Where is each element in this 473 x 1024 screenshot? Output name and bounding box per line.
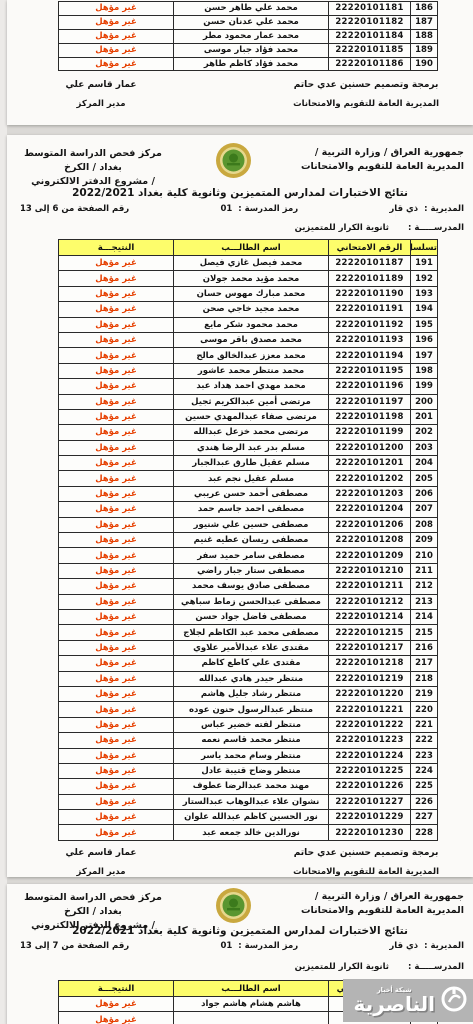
document-title: نتائج الاختبارات لمدارس المتميزين وثانوي… bbox=[7, 187, 473, 199]
table-row: 18922220101185محمد فؤاد جبار موسىغير مؤه… bbox=[59, 43, 438, 57]
exam-number-cell: 22220101192 bbox=[329, 317, 411, 332]
exam-number-cell: 22220101198 bbox=[329, 409, 411, 424]
table-row: 19222220101189محمد مؤيد محمد جولانغير مؤ… bbox=[59, 271, 438, 286]
student-name-cell: مهند محمد عبدالرضا عطوف bbox=[174, 779, 329, 794]
exam-number-cell: 22220101202 bbox=[329, 471, 411, 486]
footer-programming-credit: برمجة وتصميم حسنين عدي حاتم bbox=[293, 848, 439, 858]
table-row: 19322220101190محمد مبارك مهوس حسانغير مؤ… bbox=[59, 286, 438, 301]
footer-director-title: مدير المركز bbox=[62, 99, 140, 109]
exam-number-cell: 22220101196 bbox=[329, 379, 411, 394]
student-name-cell: محمد منتظر محمد عاشور bbox=[174, 363, 329, 378]
student-name-cell: منتظر محمد قاسم نعمه bbox=[174, 733, 329, 748]
school-code-field: رمز المدرسة : 01 bbox=[220, 204, 298, 214]
table-row: 22422220101225منتظر وضاح قتيبة عادلغير م… bbox=[59, 763, 438, 778]
results-table: تسلسلالرقم الامتحانياسم الطالـــبالنتيجـ… bbox=[58, 239, 438, 841]
student-name-cell: مصطفى احمد جاسم حمد bbox=[174, 502, 329, 517]
serial-cell: 196 bbox=[411, 332, 438, 347]
serial-cell: 212 bbox=[411, 579, 438, 594]
school-line: المدرســـــة : ثانوية الكرار للمتميزين bbox=[295, 223, 464, 233]
student-name-cell: مصطفى محمد عبد الكاظم لجلاج bbox=[174, 625, 329, 640]
serial-cell: 200 bbox=[411, 394, 438, 409]
table-row: 20322220101200مسلم بدر عبد الرضا هنديغير… bbox=[59, 440, 438, 455]
student-name-cell: محمد علي عدنان حسن bbox=[174, 15, 329, 29]
result-badge: غير مؤهل bbox=[59, 379, 174, 394]
table-row: 21822220101219منتظر حيدر هادي عبداللهغير… bbox=[59, 671, 438, 686]
table-row: 21222220101211مصطفى صادق يوسف محمدغير مؤ… bbox=[59, 579, 438, 594]
student-name-cell: محمد فؤاد جبار موسى bbox=[174, 43, 329, 57]
table-row: 22722220101229نور الحسين كاظم عبدالله عل… bbox=[59, 810, 438, 825]
column-header: اسم الطالـــب bbox=[174, 981, 329, 997]
result-badge: غير مؤهل bbox=[59, 625, 174, 640]
result-badge: غير مؤهل bbox=[59, 2, 174, 16]
exam-number-cell: 22220101199 bbox=[329, 425, 411, 440]
student-name-cell: منتظر وضاح قتيبة عادل bbox=[174, 763, 329, 778]
header-exam-center-line: مركز فحص الدراسة المتوسط بغداد / الكرخ bbox=[12, 891, 174, 919]
result-badge: غير مؤهل bbox=[59, 1012, 174, 1024]
directorate-label: المديرية : bbox=[424, 204, 464, 214]
serial-cell: 225 bbox=[411, 779, 438, 794]
exam-number-cell: 22220101208 bbox=[329, 533, 411, 548]
student-name-cell bbox=[174, 1012, 329, 1024]
student-name-cell: نور الحسين كاظم عبدالله علوان bbox=[174, 810, 329, 825]
page-number-info: رقم الصفحة من 6 إلى 13 bbox=[20, 204, 129, 214]
header-exam-center-line: مركز فحص الدراسة المتوسط بغداد / الكرخ bbox=[12, 147, 174, 175]
result-badge: غير مؤهل bbox=[59, 43, 174, 57]
student-name-cell: مصطفى عبدالحسن زماط سباهي bbox=[174, 594, 329, 609]
student-name-cell: محمد مؤيد محمد جولان bbox=[174, 271, 329, 286]
student-name-cell: مقتدى علاء عبدالأمير علاوي bbox=[174, 640, 329, 655]
result-badge: غير مؤهل bbox=[59, 317, 174, 332]
serial-cell: 190 bbox=[411, 57, 438, 71]
results-table: 18622220101181محمد علي طاهر حسنغير مؤهل1… bbox=[58, 1, 438, 71]
result-badge: غير مؤهل bbox=[59, 29, 174, 43]
result-badge: غير مؤهل bbox=[59, 609, 174, 624]
serial-cell: 189 bbox=[411, 43, 438, 57]
student-name-cell: منتظر رشاد جليل هاشم bbox=[174, 686, 329, 701]
table-row: 22822220101230نورالدين خالد جمعه عبدغير … bbox=[59, 825, 438, 840]
serial-cell: 197 bbox=[411, 348, 438, 363]
student-name-cell: مصطفى ريسان عطيه غنيم bbox=[174, 533, 329, 548]
exam-number-cell: 22220101226 bbox=[329, 779, 411, 794]
footer-directorate: المديرية العامة للتقويم والامتحانات bbox=[293, 867, 439, 877]
serial-cell: 192 bbox=[411, 271, 438, 286]
result-badge: غير مؤهل bbox=[59, 594, 174, 609]
result-badge: غير مؤهل bbox=[59, 763, 174, 778]
student-name-cell: محمد فؤاد كاظم طاهر bbox=[174, 57, 329, 71]
serial-cell: 227 bbox=[411, 810, 438, 825]
header-ministry-block: جمهورية العراق / وزارة التربية / المديري… bbox=[301, 146, 464, 174]
table-row: 21322220101212مصطفى عبدالحسن زماط سباهيغ… bbox=[59, 594, 438, 609]
table-row: 19822220101195محمد منتظر محمد عاشورغير م… bbox=[59, 363, 438, 378]
footer-directorate: المديرية العامة للتقويم والامتحانات bbox=[293, 99, 439, 109]
student-name-cell: مسلم بدر عبد الرضا هندي bbox=[174, 440, 329, 455]
exam-number-cell: 22220101223 bbox=[329, 733, 411, 748]
result-badge: غير مؤهل bbox=[59, 471, 174, 486]
result-badge: غير مؤهل bbox=[59, 486, 174, 501]
document-viewer: 18622220101181محمد علي طاهر حسنغير مؤهل1… bbox=[0, 0, 473, 1024]
table-row: 20622220101203مصطفى أحمد حسن عريبيغير مؤ… bbox=[59, 486, 438, 501]
exam-number-cell: 22220101189 bbox=[329, 271, 411, 286]
table-row: 20722220101204مصطفى احمد جاسم حمدغير مؤه… bbox=[59, 502, 438, 517]
serial-cell: 213 bbox=[411, 594, 438, 609]
exam-number-cell: 22220101181 bbox=[329, 2, 411, 16]
exam-number-cell: 22220101225 bbox=[329, 763, 411, 778]
footer-director-name: عمار قاسم علي bbox=[62, 80, 140, 90]
result-badge: غير مؤهل bbox=[59, 302, 174, 317]
table-row: 19922220101196محمد مهدي احمد هداد عبدغير… bbox=[59, 379, 438, 394]
header-republic-line: جمهورية العراق / وزارة التربية / bbox=[301, 890, 464, 904]
watermark-text: شبكة أخبار الناصرية bbox=[354, 987, 435, 1014]
student-name-cell: مصطفى صادق يوسف محمد bbox=[174, 579, 329, 594]
student-name-cell: مسلم عقيل طارق عبدالجبار bbox=[174, 456, 329, 471]
result-badge: غير مؤهل bbox=[59, 517, 174, 532]
exam-number-cell: 22220101215 bbox=[329, 625, 411, 640]
result-badge: غير مؤهل bbox=[59, 256, 174, 271]
results-page-previous: 18622220101181محمد علي طاهر حسنغير مؤهل1… bbox=[7, 0, 473, 125]
school-label: المدرســـــة : bbox=[408, 223, 464, 233]
result-badge: غير مؤهل bbox=[59, 348, 174, 363]
table-row: 19122220101187محمد فيصل غازي فيصلغير مؤه… bbox=[59, 256, 438, 271]
student-name-cell: محمد مصدق باقر موسى bbox=[174, 332, 329, 347]
nasiriyah-logo-icon bbox=[439, 984, 469, 1018]
result-badge: غير مؤهل bbox=[59, 748, 174, 763]
student-name-cell: مصطفى ستار جبار راضي bbox=[174, 563, 329, 578]
student-name-cell: محمد علي طاهر حسن bbox=[174, 2, 329, 16]
table-row: 20222220101199مرتضى محمد خزعل عبداللهغير… bbox=[59, 425, 438, 440]
serial-cell: 209 bbox=[411, 533, 438, 548]
result-badge: غير مؤهل bbox=[59, 425, 174, 440]
serial-cell: 198 bbox=[411, 363, 438, 378]
table-row: 19022220101186محمد فؤاد كاظم طاهرغير مؤه… bbox=[59, 57, 438, 71]
serial-cell: 208 bbox=[411, 517, 438, 532]
table-row: 22122220101222منتظر لفته خضير عباسغير مؤ… bbox=[59, 717, 438, 732]
result-badge: غير مؤهل bbox=[59, 779, 174, 794]
footer-credits: برمجة وتصميم حسنين عدي حاتم المديرية الع… bbox=[293, 80, 439, 109]
serial-cell: 195 bbox=[411, 317, 438, 332]
student-name-cell: محمد عمار محمود مطر bbox=[174, 29, 329, 43]
result-badge: غير مؤهل bbox=[59, 548, 174, 563]
serial-cell: 221 bbox=[411, 717, 438, 732]
table-row: 18722220101182محمد علي عدنان حسنغير مؤهل bbox=[59, 15, 438, 29]
exam-number-cell: 22220101230 bbox=[329, 825, 411, 840]
result-badge: غير مؤهل bbox=[59, 57, 174, 71]
result-badge: غير مؤهل bbox=[59, 733, 174, 748]
ministry-emblem-icon bbox=[215, 887, 252, 928]
table-row: 21622220101217مقتدى علاء عبدالأمير علاوي… bbox=[59, 640, 438, 655]
exam-number-cell: 22220101194 bbox=[329, 348, 411, 363]
exam-number-cell: 22220101193 bbox=[329, 332, 411, 347]
result-badge: غير مؤهل bbox=[59, 332, 174, 347]
footer-credits: برمجة وتصميم حسنين عدي حاتم المديرية الع… bbox=[293, 848, 439, 877]
meta-line: المديرية : ذي قار رمز المدرسة : 01 رقم ا… bbox=[20, 941, 464, 951]
school-code-label: رمز المدرسة : bbox=[238, 204, 298, 214]
result-badge: غير مؤهل bbox=[59, 579, 174, 594]
column-header: اسم الطالـــب bbox=[174, 240, 329, 256]
school-code-label: رمز المدرسة : bbox=[238, 941, 298, 951]
exam-number-cell: 22220101190 bbox=[329, 286, 411, 301]
serial-cell: 188 bbox=[411, 29, 438, 43]
serial-cell: 202 bbox=[411, 425, 438, 440]
serial-cell: 220 bbox=[411, 702, 438, 717]
table-row: 19522220101192محمد محمود شكر مايعغير مؤه… bbox=[59, 317, 438, 332]
table-row: 19622220101193محمد مصدق باقر موسىغير مؤه… bbox=[59, 332, 438, 347]
serial-cell: 207 bbox=[411, 502, 438, 517]
student-name-cell: مرتضى محمد خزعل عبدالله bbox=[174, 425, 329, 440]
table-row: 20922220101208مصطفى ريسان عطيه غنيمغير م… bbox=[59, 533, 438, 548]
student-name-cell: نورالدين خالد جمعه عبد bbox=[174, 825, 329, 840]
exam-number-cell: 22220101212 bbox=[329, 594, 411, 609]
serial-cell: 228 bbox=[411, 825, 438, 840]
exam-number-cell: 22220101224 bbox=[329, 748, 411, 763]
serial-cell: 205 bbox=[411, 471, 438, 486]
header-ministry-block: جمهورية العراق / وزارة التربية / المديري… bbox=[301, 890, 464, 918]
table-row: 22322220101224منتظر وسام محمد ياسرغير مؤ… bbox=[59, 748, 438, 763]
directorate-field: المديرية : ذي قار bbox=[389, 204, 464, 214]
student-name-cell: مسلم عقيل نجم عبد bbox=[174, 471, 329, 486]
serial-cell: 216 bbox=[411, 640, 438, 655]
student-name-cell: محمد مجيد خاجي صحن bbox=[174, 302, 329, 317]
serial-cell: 193 bbox=[411, 286, 438, 301]
result-badge: غير مؤهل bbox=[59, 286, 174, 301]
serial-cell: 226 bbox=[411, 794, 438, 809]
school-label: المدرســـــة : bbox=[408, 962, 464, 972]
exam-number-cell: 22220101197 bbox=[329, 394, 411, 409]
student-name-cell: محمد مبارك مهوس حسان bbox=[174, 286, 329, 301]
header-center-block: مركز فحص الدراسة المتوسط بغداد / الكرخ /… bbox=[12, 147, 174, 188]
exam-number-cell: 22220101201 bbox=[329, 456, 411, 471]
exam-number-cell: 22220101182 bbox=[329, 15, 411, 29]
table-row: 20422220101201مسلم عقيل طارق عبدالجبارغي… bbox=[59, 456, 438, 471]
student-name-cell: منتظر وسام محمد ياسر bbox=[174, 748, 329, 763]
exam-number-cell: 22220101217 bbox=[329, 640, 411, 655]
school-code-field: رمز المدرسة : 01 bbox=[220, 941, 298, 951]
result-badge: غير مؤهل bbox=[59, 533, 174, 548]
student-name-cell: هاشم هشام هاشم جواد bbox=[174, 997, 329, 1012]
results-page-6: جمهورية العراق / وزارة التربية / المديري… bbox=[7, 135, 473, 877]
header-directorate-line: المديرية العامة للتقويم والامتحانات bbox=[301, 160, 464, 174]
school-value: ثانوية الكرار للمتميزين bbox=[295, 962, 389, 972]
table-row: 22622220101227نشوان علاء عبدالوهاب عبدال… bbox=[59, 794, 438, 809]
exam-number-cell: 22220101185 bbox=[329, 43, 411, 57]
table-row: 20022220101197مرتضى أمين عبدالكريم ثجيلغ… bbox=[59, 394, 438, 409]
serial-cell: 194 bbox=[411, 302, 438, 317]
result-badge: غير مؤهل bbox=[59, 656, 174, 671]
serial-cell: 191 bbox=[411, 256, 438, 271]
result-badge: غير مؤهل bbox=[59, 502, 174, 517]
table-row: 21922220101220منتظر رشاد جليل هاشمغير مؤ… bbox=[59, 686, 438, 701]
result-badge: غير مؤهل bbox=[59, 702, 174, 717]
exam-number-cell: 22220101221 bbox=[329, 702, 411, 717]
table-row: 20122220101198مرتضى صفاء عبدالمهدي حسينغ… bbox=[59, 409, 438, 424]
exam-number-cell: 22220101218 bbox=[329, 656, 411, 671]
student-name-cell: مرتضى صفاء عبدالمهدي حسين bbox=[174, 409, 329, 424]
result-badge: غير مؤهل bbox=[59, 440, 174, 455]
result-badge: غير مؤهل bbox=[59, 686, 174, 701]
footer-signature: عمار قاسم علي مدير المركز bbox=[62, 80, 140, 109]
serial-cell: 210 bbox=[411, 548, 438, 563]
exam-number-cell: 22220101191 bbox=[329, 302, 411, 317]
serial-cell: 219 bbox=[411, 686, 438, 701]
meta-line: المديرية : ذي قار رمز المدرسة : 01 رقم ا… bbox=[20, 204, 464, 214]
student-name-cell: مصطفى حسين علي شنيور bbox=[174, 517, 329, 532]
directorate-label: المديرية : bbox=[424, 941, 464, 951]
serial-cell: 214 bbox=[411, 609, 438, 624]
result-badge: غير مؤهل bbox=[59, 997, 174, 1012]
result-badge: غير مؤهل bbox=[59, 409, 174, 424]
exam-number-cell: 22220101200 bbox=[329, 440, 411, 455]
exam-number-cell: 22220101220 bbox=[329, 686, 411, 701]
results-table-body: 18622220101181محمد علي طاهر حسنغير مؤهل1… bbox=[59, 2, 438, 71]
table-row: 21122220101210مصطفى ستار جبار راضيغير مؤ… bbox=[59, 563, 438, 578]
serial-cell: 223 bbox=[411, 748, 438, 763]
table-row: 20522220101202مسلم عقيل نجم عبدغير مؤهل bbox=[59, 471, 438, 486]
school-value: ثانوية الكرار للمتميزين bbox=[295, 223, 389, 233]
table-row: 21022220101209مصطفى سامر حميد سفرغير مؤه… bbox=[59, 548, 438, 563]
footer-signature: عمار قاسم علي مدير المركز bbox=[62, 848, 140, 877]
school-line: المدرســـــة : ثانوية الكرار للمتميزين bbox=[295, 962, 464, 972]
serial-cell: 186 bbox=[411, 2, 438, 16]
result-badge: غير مؤهل bbox=[59, 671, 174, 686]
exam-number-cell: 22220101229 bbox=[329, 810, 411, 825]
exam-number-cell: 22220101219 bbox=[329, 671, 411, 686]
student-name-cell: مقتدى علي كاطع كاظم bbox=[174, 656, 329, 671]
result-badge: غير مؤهل bbox=[59, 456, 174, 471]
student-name-cell: منتظر لفته خضير عباس bbox=[174, 717, 329, 732]
results-page-7: جمهورية العراق / وزارة التربية / المديري… bbox=[7, 884, 473, 1024]
exam-number-cell: 22220101203 bbox=[329, 486, 411, 501]
student-name-cell: منتظر حيدر هادي عبدالله bbox=[174, 671, 329, 686]
result-badge: غير مؤهل bbox=[59, 794, 174, 809]
column-header: النتيجـــة bbox=[59, 240, 174, 256]
exam-number-cell: 22220101186 bbox=[329, 57, 411, 71]
result-badge: غير مؤهل bbox=[59, 717, 174, 732]
result-badge: غير مؤهل bbox=[59, 810, 174, 825]
exam-number-cell: 22220101222 bbox=[329, 717, 411, 732]
student-name-cell: مصطفى أحمد حسن عريبي bbox=[174, 486, 329, 501]
student-name-cell: مصطفى سامر حميد سفر bbox=[174, 548, 329, 563]
footer-director-name: عمار قاسم علي bbox=[62, 848, 140, 858]
table-row: 22022220101221منتظر عبدالرسول حنون عودهغ… bbox=[59, 702, 438, 717]
table-row: 19722220101194محمد معزز عبدالخالق مالحغي… bbox=[59, 348, 438, 363]
nasiriyah-news-watermark: شبكة أخبار الناصرية bbox=[343, 979, 473, 1022]
serial-cell: 218 bbox=[411, 671, 438, 686]
serial-cell: 187 bbox=[411, 15, 438, 29]
table-row: 21422220101214مصطفى فاضل جواد حسنغير مؤه… bbox=[59, 609, 438, 624]
student-name-cell: محمد مهدي احمد هداد عبد bbox=[174, 379, 329, 394]
student-name-cell: نشوان علاء عبدالوهاب عبدالستار bbox=[174, 794, 329, 809]
student-name-cell: محمد معزز عبدالخالق مالح bbox=[174, 348, 329, 363]
serial-cell: 222 bbox=[411, 733, 438, 748]
result-badge: غير مؤهل bbox=[59, 363, 174, 378]
serial-cell: 224 bbox=[411, 763, 438, 778]
results-table-header-row: تسلسلالرقم الامتحانياسم الطالـــبالنتيجـ… bbox=[59, 240, 438, 256]
serial-cell: 201 bbox=[411, 409, 438, 424]
serial-cell: 215 bbox=[411, 625, 438, 640]
result-badge: غير مؤهل bbox=[59, 271, 174, 286]
serial-cell: 199 bbox=[411, 379, 438, 394]
page-margin-strip bbox=[0, 0, 7, 1024]
directorate-field: المديرية : ذي قار bbox=[389, 941, 464, 951]
page-number-info: رقم الصفحة من 7 إلى 13 bbox=[20, 941, 129, 951]
header-directorate-line: المديرية العامة للتقويم والامتحانات bbox=[301, 904, 464, 918]
watermark-nasiriyah-label: الناصرية bbox=[354, 994, 435, 1014]
result-badge: غير مؤهل bbox=[59, 394, 174, 409]
exam-number-cell: 22220101184 bbox=[329, 29, 411, 43]
exam-number-cell: 22220101187 bbox=[329, 256, 411, 271]
result-badge: غير مؤهل bbox=[59, 825, 174, 840]
document-title: نتائج الاختبارات لمدارس المتميزين وثانوي… bbox=[7, 925, 473, 937]
ministry-emblem-icon bbox=[215, 142, 252, 183]
exam-number-cell: 22220101204 bbox=[329, 502, 411, 517]
serial-cell: 211 bbox=[411, 563, 438, 578]
table-row: 19422220101191محمد مجيد خاجي صحنغير مؤهل bbox=[59, 302, 438, 317]
table-row: 18622220101181محمد علي طاهر حسنغير مؤهل bbox=[59, 2, 438, 16]
table-row: 20822220101206مصطفى حسين علي شنيورغير مؤ… bbox=[59, 517, 438, 532]
table-row: 21522220101215مصطفى محمد عبد الكاظم لجلا… bbox=[59, 625, 438, 640]
table-row: 22222220101223منتظر محمد قاسم نعمهغير مؤ… bbox=[59, 733, 438, 748]
exam-number-cell: 22220101211 bbox=[329, 579, 411, 594]
serial-cell: 204 bbox=[411, 456, 438, 471]
table-row: 21722220101218مقتدى علي كاطع كاظمغير مؤه… bbox=[59, 656, 438, 671]
result-badge: غير مؤهل bbox=[59, 640, 174, 655]
directorate-value: ذي قار bbox=[389, 941, 418, 951]
exam-number-cell: 22220101210 bbox=[329, 563, 411, 578]
result-badge: غير مؤهل bbox=[59, 563, 174, 578]
results-table-body: 19122220101187محمد فيصل غازي فيصلغير مؤه… bbox=[59, 256, 438, 841]
student-name-cell: محمد فيصل غازي فيصل bbox=[174, 256, 329, 271]
student-name-cell: مرتضى أمين عبدالكريم ثجيل bbox=[174, 394, 329, 409]
student-name-cell: محمد محمود شكر مايع bbox=[174, 317, 329, 332]
exam-number-cell: 22220101195 bbox=[329, 363, 411, 378]
column-header: النتيجـــة bbox=[59, 981, 174, 997]
exam-number-cell: 22220101214 bbox=[329, 609, 411, 624]
serial-cell: 206 bbox=[411, 486, 438, 501]
column-header: تسلسل bbox=[411, 240, 438, 256]
school-code-value: 01 bbox=[220, 204, 232, 214]
serial-cell: 217 bbox=[411, 656, 438, 671]
footer-programming-credit: برمجة وتصميم حسنين عدي حاتم bbox=[293, 80, 439, 90]
directorate-value: ذي قار bbox=[389, 204, 418, 214]
exam-number-cell: 22220101206 bbox=[329, 517, 411, 532]
result-badge: غير مؤهل bbox=[59, 15, 174, 29]
header-republic-line: جمهورية العراق / وزارة التربية / bbox=[301, 146, 464, 160]
exam-number-cell: 22220101227 bbox=[329, 794, 411, 809]
school-code-value: 01 bbox=[220, 941, 232, 951]
serial-cell: 203 bbox=[411, 440, 438, 455]
student-name-cell: مصطفى فاضل جواد حسن bbox=[174, 609, 329, 624]
footer-director-title: مدير المركز bbox=[62, 867, 140, 877]
table-row: 22522220101226مهند محمد عبدالرضا عطوفغير… bbox=[59, 779, 438, 794]
exam-number-cell: 22220101209 bbox=[329, 548, 411, 563]
student-name-cell: منتظر عبدالرسول حنون عوده bbox=[174, 702, 329, 717]
table-row: 18822220101184محمد عمار محمود مطرغير مؤه… bbox=[59, 29, 438, 43]
column-header: الرقم الامتحاني bbox=[329, 240, 411, 256]
